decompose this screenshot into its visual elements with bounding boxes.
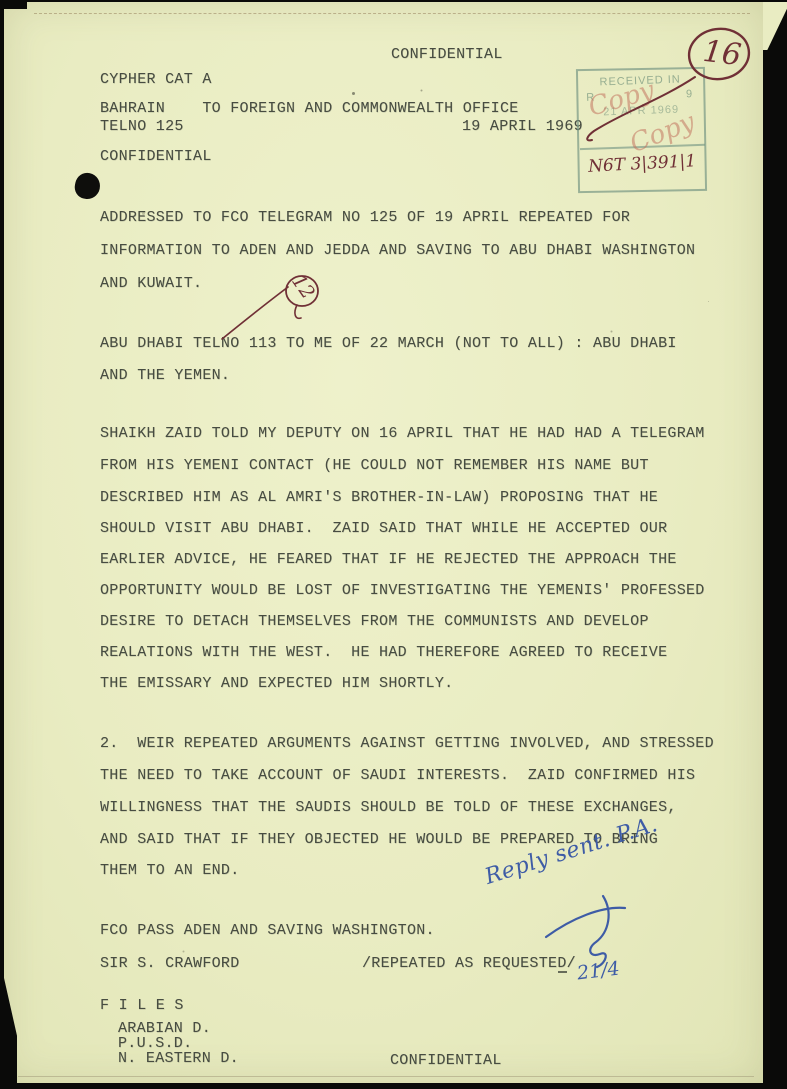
signoff-line: SIR S. CRAWFORD — [100, 956, 240, 972]
classification-line: CONFIDENTIAL — [100, 149, 212, 165]
pass-line: FCO PASS ADEN AND SAVING WASHINGTON. — [100, 923, 435, 939]
typed-line: DESCRIBED HIM AS AL AMRI'S BROTHER-IN-LA… — [100, 490, 658, 506]
classification-bottom: CONFIDENTIAL — [390, 1053, 502, 1069]
underline-mark — [558, 971, 567, 973]
telegram-scan: CONFIDENTIAL CYPHER CAT A BAHRAIN TO FOR… — [0, 0, 787, 1089]
typed-line: THE NEED TO TAKE ACCOUNT OF SAUDI INTERE… — [100, 768, 695, 784]
typed-line: SHOULD VISIT ABU DHABI. ZAID SAID THAT W… — [100, 521, 667, 537]
typed-line: THEM TO AN END. — [100, 863, 240, 879]
paper-crease — [18, 1076, 754, 1077]
typed-line: ABU DHABI TELNO 113 TO ME OF 22 MARCH (N… — [100, 336, 677, 352]
paper-specks — [352, 92, 355, 95]
typed-line: AND KUWAIT. — [100, 276, 202, 292]
typed-line: AND THE YEMEN. — [100, 368, 230, 384]
scan-notch — [0, 0, 27, 9]
folio-number: 16 — [701, 34, 743, 73]
files-header: F I L E S — [100, 998, 184, 1014]
typed-line: WILLINGNESS THAT THE SAUDIS SHOULD BE TO… — [100, 800, 677, 816]
route-line: BAHRAIN TO FOREIGN AND COMMONWEALTH OFFI… — [100, 101, 519, 117]
telno-line: TELNO 125 — [100, 119, 184, 135]
typed-line: OPPORTUNITY WOULD BE LOST OF INVESTIGATI… — [100, 583, 705, 599]
typed-line: 2. WEIR REPEATED ARGUMENTS AGAINST GETTI… — [100, 736, 714, 752]
date-line: 19 APRIL 1969 — [462, 119, 583, 135]
typed-line: REALATIONS WITH THE WEST. HE HAD THEREFO… — [100, 645, 667, 661]
classification-top: CONFIDENTIAL — [391, 47, 503, 63]
repeated-line: /REPEATED AS REQUESTED/ — [362, 956, 576, 972]
files-item: N. EASTERN D. — [118, 1051, 239, 1067]
typed-line: THE EMISSARY AND EXPECTED HIM SHORTLY. — [100, 676, 453, 692]
typed-line: SHAIKH ZAID TOLD MY DEPUTY ON 16 APRIL T… — [100, 426, 705, 442]
typed-line: EARLIER ADVICE, HE FEARED THAT IF HE REJ… — [100, 552, 677, 568]
typed-line: ADDRESSED TO FCO TELEGRAM NO 125 OF 19 A… — [100, 210, 630, 226]
stamp-text: 9 — [686, 88, 694, 100]
typed-line: INFORMATION TO ADEN AND JEDDA AND SAVING… — [100, 243, 695, 259]
cypher-line: CYPHER CAT A — [100, 72, 212, 88]
typed-line: DESIRE TO DETACH THEMSELVES FROM THE COM… — [100, 614, 649, 630]
paper-corner — [763, 2, 787, 50]
paper-crease — [34, 13, 750, 14]
typed-line: FROM HIS YEMENI CONTACT (HE COULD NOT RE… — [100, 458, 649, 474]
